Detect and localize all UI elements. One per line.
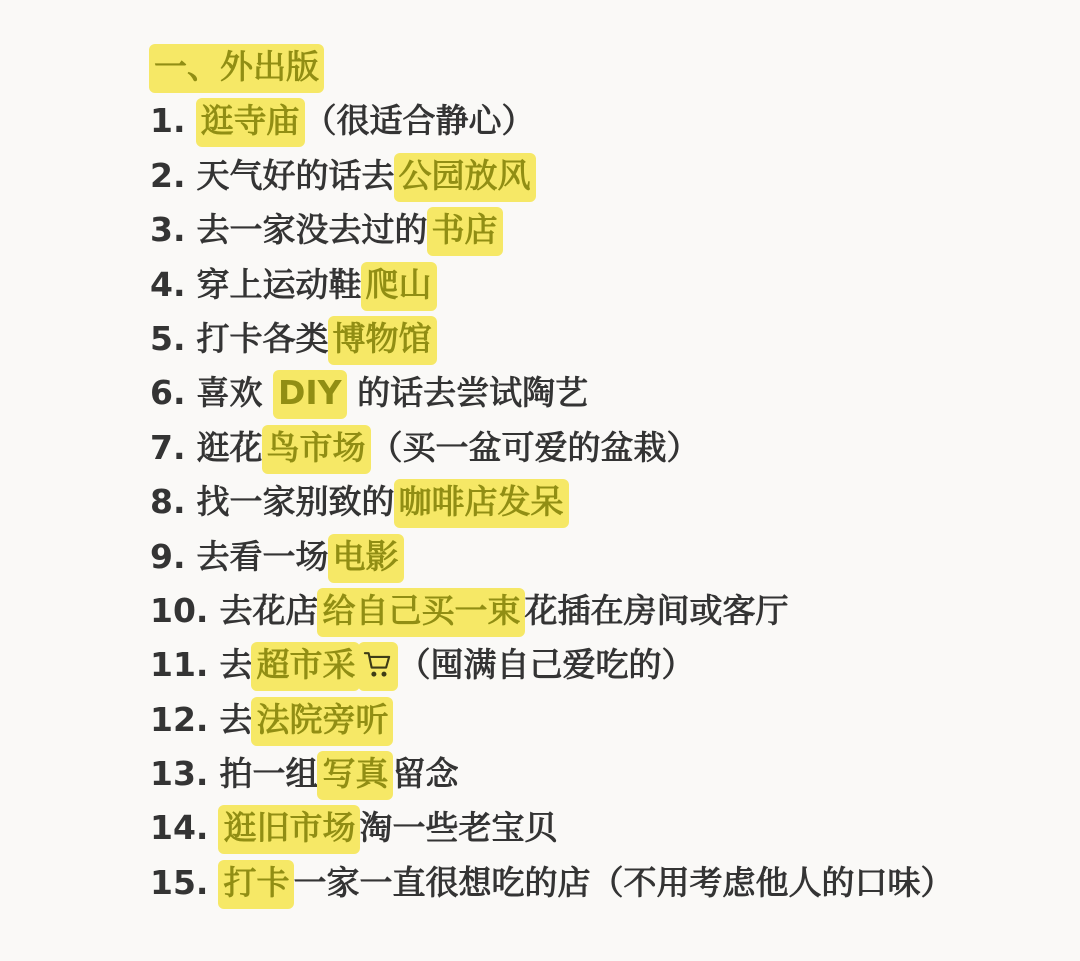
list-item: 15.打卡一家一直很想吃的店（不用考虑他人的口味）: [150, 856, 1050, 910]
list-item: 3.去一家没去过的书店: [150, 203, 1050, 257]
item-text: 天气好的话去: [197, 156, 395, 195]
list-item: 5.打卡各类博物馆: [150, 312, 1050, 366]
item-highlight-text: 博物馆: [328, 316, 437, 365]
list-item: 4.穿上运动鞋爬山: [150, 258, 1050, 312]
item-highlight-text: 爬山: [361, 262, 437, 311]
item-highlight-text: 电影: [328, 534, 404, 583]
item-text: 找一家别致的: [197, 482, 395, 521]
item-highlight-text: 打卡: [218, 860, 294, 909]
list-item: 9.去看一场电影: [150, 530, 1050, 584]
item-highlight-text: 公园放风: [394, 153, 536, 202]
item-text: 去: [219, 645, 252, 684]
item-highlight-text: 咖啡店发呆: [394, 479, 569, 528]
item-text: 穿上运动鞋: [197, 265, 362, 304]
item-text: 喜欢: [197, 373, 275, 412]
item-text: 花插在房间或客厅: [524, 591, 788, 630]
item-text: 的话去尝试陶艺: [346, 373, 589, 412]
item-text: 留念: [392, 754, 458, 793]
item-number: 12.: [150, 700, 208, 739]
item-text: 去花店: [219, 591, 318, 630]
item-number: 6.: [150, 373, 186, 412]
shopping-cart-icon: [363, 650, 393, 680]
list-item: 8.找一家别致的咖啡店发呆: [150, 475, 1050, 529]
note-page: 一、外出版 1.逛寺庙（很适合静心）2.天气好的话去公园放风3.去一家没去过的书…: [0, 0, 1080, 961]
list-item: 1.逛寺庙（很适合静心）: [150, 94, 1050, 148]
item-number: 2.: [150, 156, 186, 195]
list-item: 13.拍一组写真留念: [150, 747, 1050, 801]
item-number: 9.: [150, 537, 186, 576]
section-heading: 一、外出版: [150, 40, 1050, 94]
item-number: 1.: [150, 101, 186, 140]
list-item: 14.逛旧市场淘一些老宝贝: [150, 801, 1050, 855]
list-item: 12.去法院旁听: [150, 693, 1050, 747]
item-highlight-text: 书店: [427, 207, 503, 256]
activity-list: 1.逛寺庙（很适合静心）2.天气好的话去公园放风3.去一家没去过的书店4.穿上运…: [150, 94, 1050, 910]
item-number: 4.: [150, 265, 186, 304]
item-number: 5.: [150, 319, 186, 358]
item-highlight-text: 给自己买一束: [317, 588, 525, 637]
item-text: （很适合静心）: [304, 101, 535, 140]
item-text: 拍一组: [219, 754, 318, 793]
list-item: 7.逛花鸟市场（买一盆可爱的盆栽）: [150, 421, 1050, 475]
section-heading-text: 一、外出版: [149, 44, 324, 93]
list-item: 6.喜欢 DIY 的话去尝试陶艺: [150, 366, 1050, 420]
list-item: 2.天气好的话去公园放风: [150, 149, 1050, 203]
item-highlight-text: DIY: [273, 370, 347, 419]
item-text: （买一盆可爱的盆栽）: [370, 428, 700, 467]
list-item: 11.去超市采 （囤满自己爱吃的）: [150, 638, 1050, 692]
item-text: 一家一直很想吃的店（不用考虑他人的口味）: [293, 863, 953, 902]
item-number: 11.: [150, 645, 208, 684]
item-highlight-text: 超市采: [251, 642, 360, 691]
item-icon-segment: [358, 642, 398, 691]
item-highlight-text: 写真: [317, 751, 393, 800]
item-text: （囤满自己爱吃的）: [397, 645, 694, 684]
item-highlight-text: 逛寺庙: [196, 98, 305, 147]
item-number: 15.: [150, 863, 208, 902]
item-number: 10.: [150, 591, 208, 630]
item-text: 去看一场: [197, 537, 329, 576]
item-text: 去: [219, 700, 252, 739]
item-highlight-text: 逛旧市场: [218, 805, 360, 854]
item-number: 13.: [150, 754, 208, 793]
item-text: 逛花: [197, 428, 263, 467]
item-number: 3.: [150, 210, 186, 249]
list-item: 10.去花店给自己买一束花插在房间或客厅: [150, 584, 1050, 638]
item-text: 去一家没去过的: [197, 210, 428, 249]
item-number: 7.: [150, 428, 186, 467]
item-highlight-text: 鸟市场: [262, 425, 371, 474]
item-number: 8.: [150, 482, 186, 521]
item-text: 打卡各类: [197, 319, 329, 358]
item-highlight-text: 法院旁听: [251, 697, 393, 746]
item-number: 14.: [150, 808, 208, 847]
item-text: 淘一些老宝贝: [359, 808, 557, 847]
